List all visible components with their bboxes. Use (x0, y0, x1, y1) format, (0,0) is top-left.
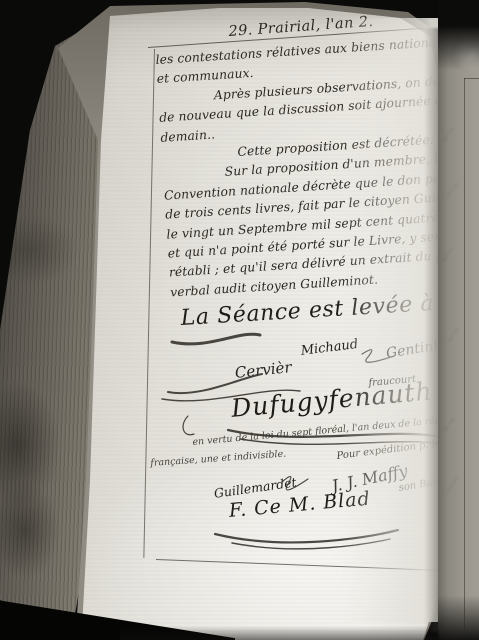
ghost-text: ~·~ (444, 180, 462, 200)
ghost-text: ~·~ (440, 125, 458, 145)
bottom-shadow (120, 626, 440, 640)
ghost-text: ~·~ (441, 415, 459, 435)
ghost-text: ~·~ (439, 245, 457, 265)
facing-page-margin-rule (464, 78, 465, 630)
ghost-text: ~·~ (444, 475, 462, 495)
facing-page: ~·~ ~·~ ~·~ ~·~ ~·~ ~·~ (438, 0, 479, 640)
manuscript-photo: ~·~ ~·~ ~·~ ~·~ ~·~ ~·~ 29. Prairial, l'… (0, 0, 479, 640)
ghost-text: ~·~ (445, 325, 463, 345)
facing-page-top-rule (464, 78, 479, 79)
